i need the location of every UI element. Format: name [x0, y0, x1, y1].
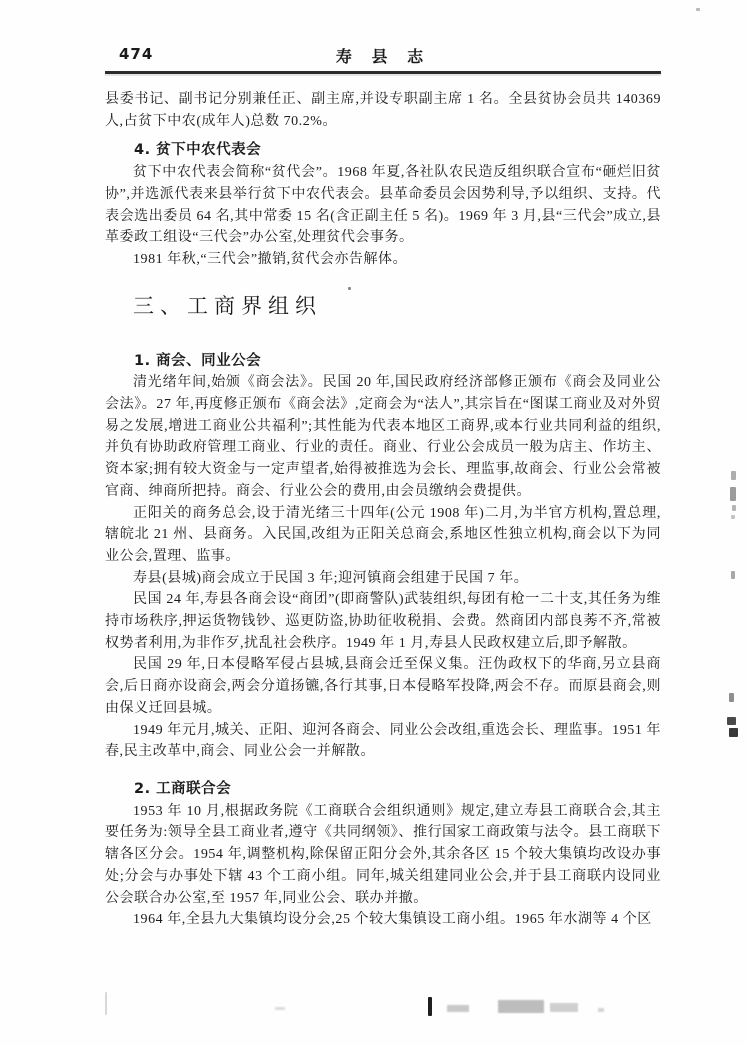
- scan-smudge: [498, 1000, 544, 1013]
- paragraph: 1981 年秋,“三代会”撤销,贫代会亦告解体。: [105, 249, 661, 271]
- paragraph: 1953 年 10 月,根据政务院《工商联合会组织通则》规定,建立寿县工商联合会…: [105, 801, 661, 910]
- scan-speck: [729, 728, 738, 737]
- scan-smudge: [447, 1005, 469, 1012]
- scan-smudge: [275, 1007, 285, 1010]
- paragraph: 民国 24 年,寿县各商会设“商团”(即商警队)武装组织,每团有枪一二十支,其任…: [105, 589, 661, 654]
- page-number: 474: [119, 45, 153, 63]
- scan-speck: [729, 693, 734, 702]
- scan-speck: [731, 471, 736, 480]
- scan-streak: [105, 992, 107, 1015]
- paragraph: 民国 29 年,日本侵略军侵占县城,县商会迁至保义集。汪伪政权下的华商,另立县商…: [105, 654, 661, 719]
- subsection-heading-2: 2. 工商联合会: [105, 779, 661, 801]
- scan-speck: [696, 8, 700, 11]
- scan-smudge: [598, 1008, 604, 1012]
- scan-speck: [731, 571, 735, 579]
- paragraph: 清光绪年间,始颁《商会法》。民国 20 年,国民政府经济部修正颁布《商会及同业公…: [105, 372, 661, 502]
- section-heading-3: 三、工商界组织: [105, 290, 661, 322]
- paragraph: 1964 年,全县九大集镇均设分会,25 个较大集镇设工商小组。1965 年水湖…: [105, 909, 661, 931]
- scan-bar: [428, 997, 432, 1016]
- scan-speck: [732, 505, 736, 511]
- scan-speck: [731, 515, 735, 519]
- paragraph: 贫下中农代表会简称“贫代会”。1968 年夏,各社队农民造反组织联合宣布“砸烂旧…: [105, 162, 661, 249]
- scan-speck: [730, 487, 736, 501]
- page-body: 县委书记、副书记分别兼任正、副主席,并设专职副主席 1 名。全县贫协会员共 14…: [105, 89, 661, 931]
- header-rule: [105, 71, 661, 74]
- page-header: 474 寿 县 志: [105, 44, 661, 66]
- scan-speck: [727, 717, 736, 725]
- subsection-heading-4: 4. 贫下中农代表会: [105, 140, 661, 162]
- paragraph: 1949 年元月,城关、正阳、迎河各商会、同业公会改组,重选会长、理监事。195…: [105, 720, 661, 763]
- paragraph: 正阳关的商务总会,设于清光绪三十四年(公元 1908 年)二月,为半官方机构,置…: [105, 503, 661, 568]
- scan-smudge: [550, 1003, 578, 1012]
- scanned-book-page: 474 寿 县 志 县委书记、副书记分别兼任正、副主席,并设专职副主席 1 名。…: [0, 0, 747, 1046]
- paragraph: 寿县(县城)商会成立于民国 3 年;迎河镇商会组建于民国 7 年。: [105, 568, 661, 590]
- page-content: 474 寿 县 志 县委书记、副书记分别兼任正、副主席,并设专职副主席 1 名。…: [105, 44, 661, 931]
- subsection-heading-1: 1. 商会、同业公会: [105, 351, 661, 373]
- scan-speck: [348, 287, 351, 290]
- paragraph-continuation: 县委书记、副书记分别兼任正、副主席,并设专职副主席 1 名。全县贫协会员共 14…: [105, 89, 661, 132]
- book-title: 寿 县 志: [336, 47, 430, 66]
